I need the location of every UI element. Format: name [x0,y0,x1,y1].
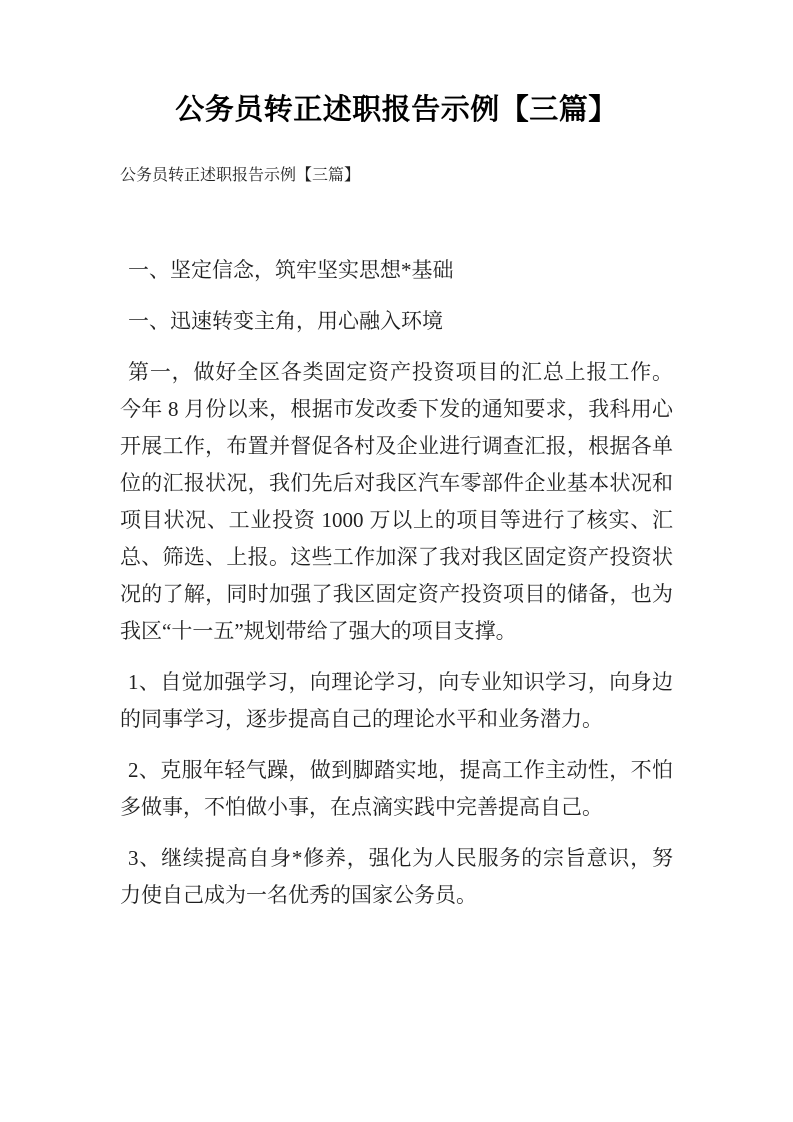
document-subtitle: 公务员转正述职报告示例【三篇】 [120,162,673,190]
blank-line [120,202,673,252]
section-heading-1: 一、坚定信念，筑牢坚实思想*基础 [120,252,673,289]
body-paragraph-investment-report: 第一，做好全区各类固定资产投资项目的汇总上报工作。今年 8 月份以来，根据市发改… [120,354,673,650]
list-item-3: 3、继续提高自身*修养，强化为人民服务的宗旨意识，努力使自己成为一名优秀的国家公… [120,840,673,914]
section-heading-2: 一、迅速转变主角，用心融入环境 [120,303,673,340]
document-title: 公务员转正述职报告示例【三篇】 [120,88,673,132]
document-page: 公务员转正述职报告示例【三篇】 公务员转正述职报告示例【三篇】 一、坚定信念，筑… [0,0,793,1122]
list-item-1: 1、自觉加强学习，向理论学习，向专业知识学习，向身边的同事学习，逐步提高自己的理… [120,664,673,738]
list-item-2: 2、克服年轻气躁，做到脚踏实地，提高工作主动性，不怕多做事，不怕做小事，在点滴实… [120,752,673,826]
